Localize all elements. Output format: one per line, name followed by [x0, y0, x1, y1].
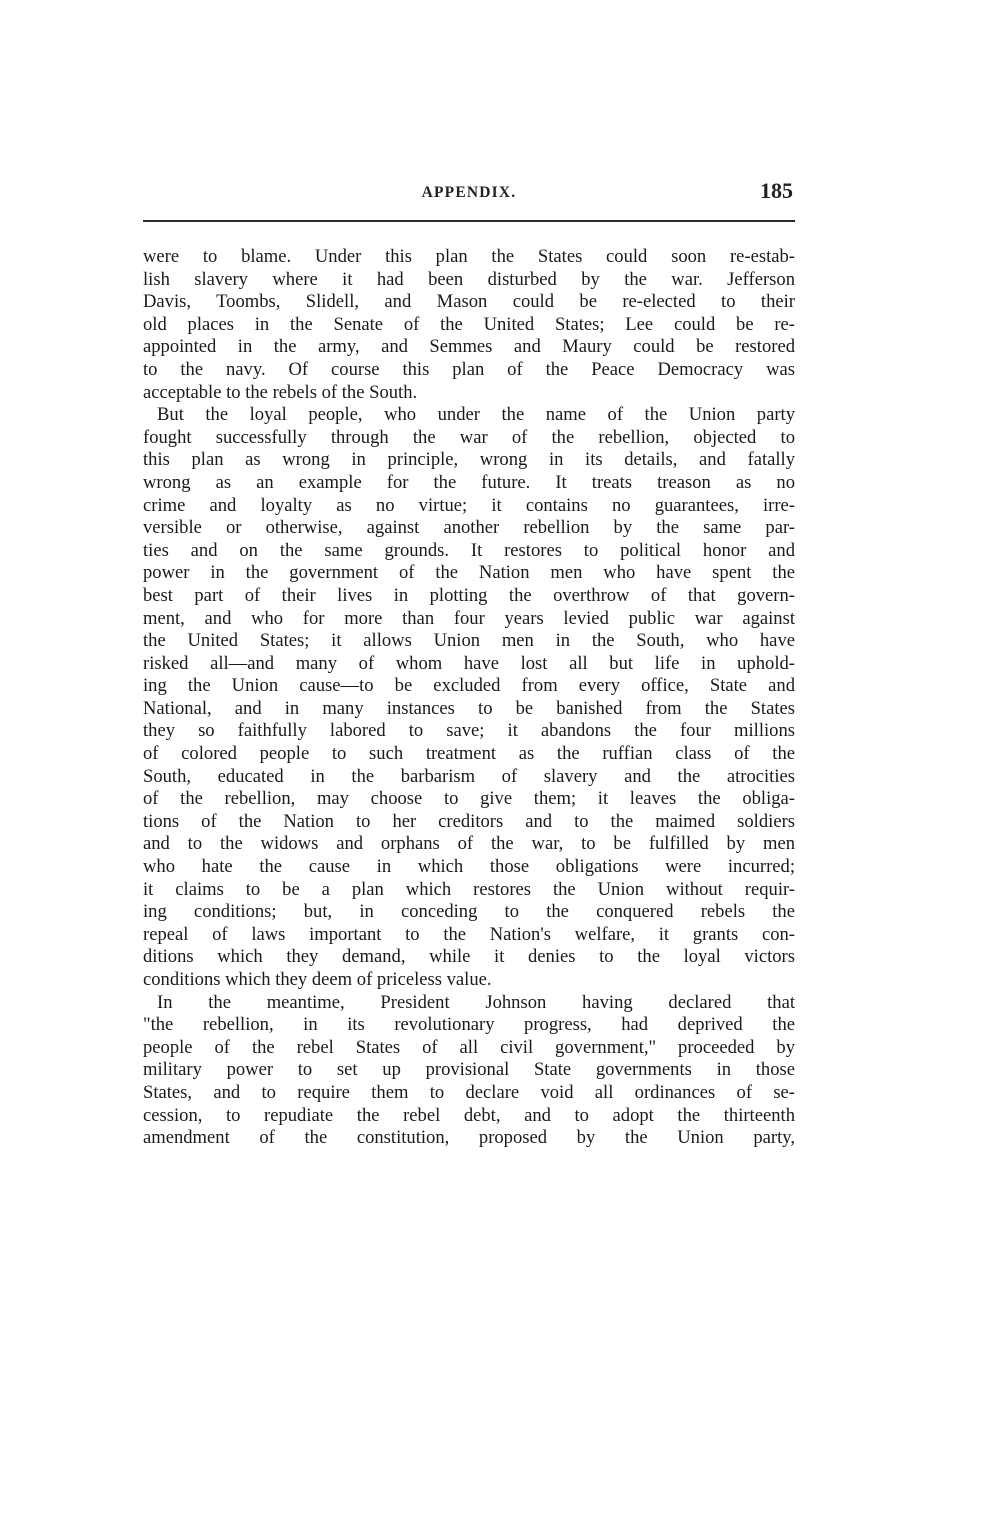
text-line: amendment of the constitution, proposed …	[143, 1127, 795, 1150]
text-line: of the rebellion, may choose to give the…	[143, 788, 795, 811]
text-line: old places in the Senate of the United S…	[143, 314, 795, 337]
text-line: military power to set up provisional Sta…	[143, 1059, 795, 1082]
text-line: to the navy. Of course this plan of the …	[143, 359, 795, 382]
text-line: and to the widows and orphans of the war…	[143, 833, 795, 856]
paragraph-2: But the loyal people, who under the name…	[143, 404, 795, 991]
text-line: South, educated in the barbarism of slav…	[143, 766, 795, 789]
text-line: ing conditions; but, in conceding to the…	[143, 901, 795, 924]
text-line: the United States; it allows Union men i…	[143, 630, 795, 653]
text-line: wrong as an example for the future. It t…	[143, 472, 795, 495]
text-line: States, and to require them to declare v…	[143, 1082, 795, 1105]
text-line: tions of the Nation to her creditors and…	[143, 811, 795, 834]
page-number: 185	[760, 178, 793, 204]
header-rule	[143, 220, 795, 222]
text-line: best part of their lives in plotting the…	[143, 585, 795, 608]
text-line: power in the government of the Nation me…	[143, 562, 795, 585]
text-line: crime and loyalty as no virtue; it conta…	[143, 495, 795, 518]
paragraph-3: In the meantime, President Johnson havin…	[143, 992, 795, 1150]
text-line: In the meantime, President Johnson havin…	[143, 992, 795, 1015]
text-line: conditions which they deem of priceless …	[143, 969, 795, 992]
text-line: cession, to repudiate the rebel debt, an…	[143, 1105, 795, 1128]
text-line: risked all—and many of whom have lost al…	[143, 653, 795, 676]
paragraph-1: were to blame. Under this plan the State…	[143, 246, 795, 404]
text-line: Davis, Toombs, Slidell, and Mason could …	[143, 291, 795, 314]
body-text: were to blame. Under this plan the State…	[143, 246, 795, 1150]
text-line: acceptable to the rebels of the South.	[143, 382, 795, 405]
text-line: people of the rebel States of all civil …	[143, 1037, 795, 1060]
text-line: lish slavery where it had been disturbed…	[143, 269, 795, 292]
text-line: ditions which they demand, while it deni…	[143, 946, 795, 969]
text-line: were to blame. Under this plan the State…	[143, 246, 795, 269]
text-line: fought successfully through the war of t…	[143, 427, 795, 450]
text-line: "the rebellion, in its revolutionary pro…	[143, 1014, 795, 1037]
text-line: ing the Union cause—to be excluded from …	[143, 675, 795, 698]
text-line: they so faithfully labored to save; it a…	[143, 720, 795, 743]
text-line: But the loyal people, who under the name…	[143, 404, 795, 427]
text-line: National, and in many instances to be ba…	[143, 698, 795, 721]
text-line: it claims to be a plan which restores th…	[143, 879, 795, 902]
text-line: ment, and who for more than four years l…	[143, 608, 795, 631]
text-line: repeal of laws important to the Nation's…	[143, 924, 795, 947]
text-line: who hate the cause in which those obliga…	[143, 856, 795, 879]
text-line: appointed in the army, and Semmes and Ma…	[143, 336, 795, 359]
text-line: versible or otherwise, against another r…	[143, 517, 795, 540]
text-line: this plan as wrong in principle, wrong i…	[143, 449, 795, 472]
page-header: APPENDIX. 185	[143, 178, 795, 208]
running-head: APPENDIX.	[143, 184, 795, 202]
text-line: of colored people to such treatment as t…	[143, 743, 795, 766]
text-line: ties and on the same grounds. It restore…	[143, 540, 795, 563]
